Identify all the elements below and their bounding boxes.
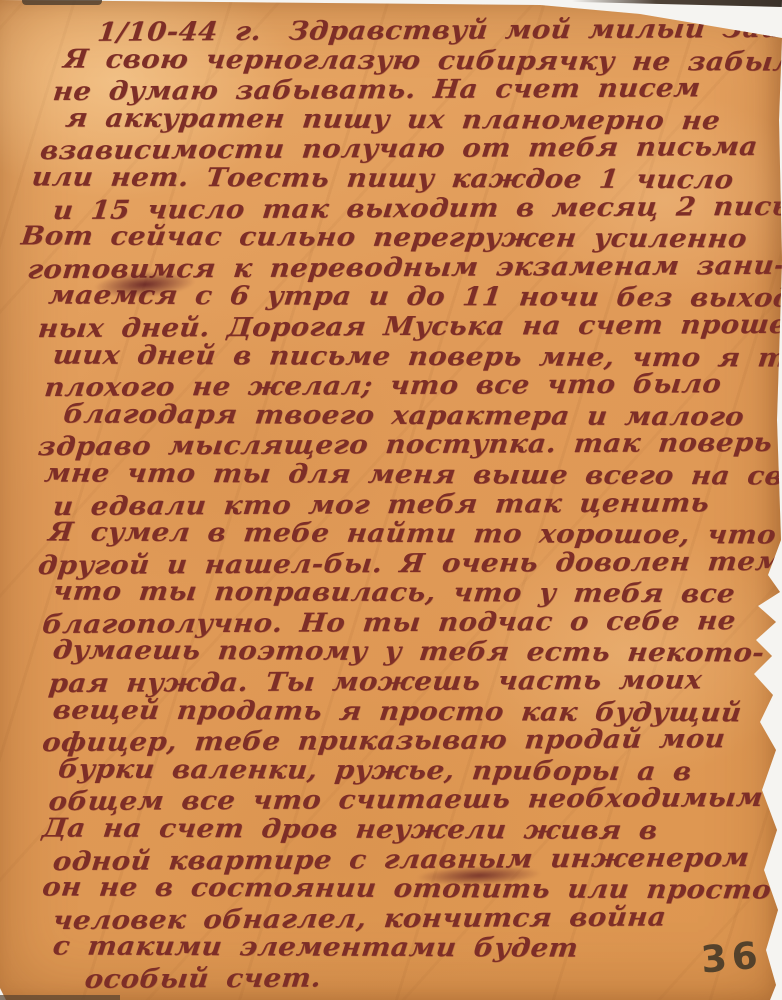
letter-line: Я сумел в тебе найти то хорошое, что — [0, 517, 782, 550]
letter-line: человек обнаглел, кончится война — [0, 901, 782, 935]
letter-line: бурки валенки, ружье, приборы а в — [0, 754, 782, 787]
letter-line: особый счет. — [0, 961, 782, 995]
letter-line: другой и нашел-бы. Я очень доволен тем — [0, 546, 782, 580]
torn-edge-fragment — [0, 995, 120, 1000]
scan-edge-shadow — [572, 0, 782, 7]
letter-line: или нет. Тоесть пишу каждое 1 число — [0, 162, 782, 195]
letter-line: общем все что считаешь необходимым — [0, 783, 782, 817]
archive-page-number: 36 — [699, 933, 764, 981]
letter-date: 1/10-44 г. — [96, 17, 263, 48]
scanned-letter-page: 1/10-44 г.Здравствуй мой милый Зайчик! Я… — [0, 0, 782, 1000]
letter-line: плохого не желал; что все что было — [0, 369, 782, 403]
letter-line: не думаю забывать. На счет писем — [0, 73, 782, 107]
letter-line: ших дней в письме поверь мне, что я тебе — [0, 340, 782, 373]
torn-edge-fragment — [22, 0, 102, 5]
letter-line: офицер, тебе приказываю продай мои — [0, 724, 782, 758]
letter-salutation: Здравствуй мой милый Зайчик! — [287, 13, 782, 46]
letter-line: что ты поправилась, что у тебя все — [0, 577, 782, 610]
letter-line: я аккуратен пишу их планомерно не — [0, 103, 782, 136]
letter-line: готовимся к переводным экзаменам зани- — [0, 250, 782, 284]
letter-line: ных дней. Дорогая Муська на счет прошед- — [0, 310, 782, 344]
letter-line: и 15 число так выходит в месяц 2 письма — [0, 191, 782, 225]
letter-body: 1/10-44 г.Здравствуй мой милый Зайчик! Я… — [0, 16, 782, 993]
letter-line: благополучно. Но ты подчас о себе не — [0, 605, 782, 639]
letter-line: он не в состоянии отопить или просто — [0, 873, 782, 906]
letter-line: взависимости получаю от тебя письма — [0, 132, 782, 166]
letter-line: благодаря твоего характера и малого — [0, 399, 782, 432]
letter-line: маемся с 6 утра и до 11 ночи без выход- — [0, 281, 782, 314]
letter-line: Я свою черноглазую сибирячку не забыл и — [0, 44, 782, 77]
letter-line: здраво мыслящего поступка. так поверь — [0, 428, 782, 462]
letter-line: с такими элементами будет — [0, 932, 782, 965]
letter-line: и едвали кто мог тебя так ценить — [0, 487, 782, 521]
letter-line: Вот сейчас сильно перегружен усиленно — [0, 221, 782, 254]
letter-line: думаешь поэтому у тебя есть некото- — [0, 636, 782, 669]
letter-line: Да на счет дров неужели живя в — [0, 813, 782, 846]
letter-line-date: 1/10-44 г.Здравствуй мой милый Зайчик! — [0, 14, 782, 48]
letter-paper: 1/10-44 г.Здравствуй мой милый Зайчик! Я… — [0, 0, 782, 1000]
letter-line: мне что ты для меня выше всего на свете — [0, 458, 782, 491]
letter-line: вещей продать я просто как будущий — [0, 695, 782, 728]
letter-line: рая нужда. Ты можешь часть моих — [0, 665, 782, 699]
letter-line: одной квартире с главным инженером — [0, 842, 782, 876]
